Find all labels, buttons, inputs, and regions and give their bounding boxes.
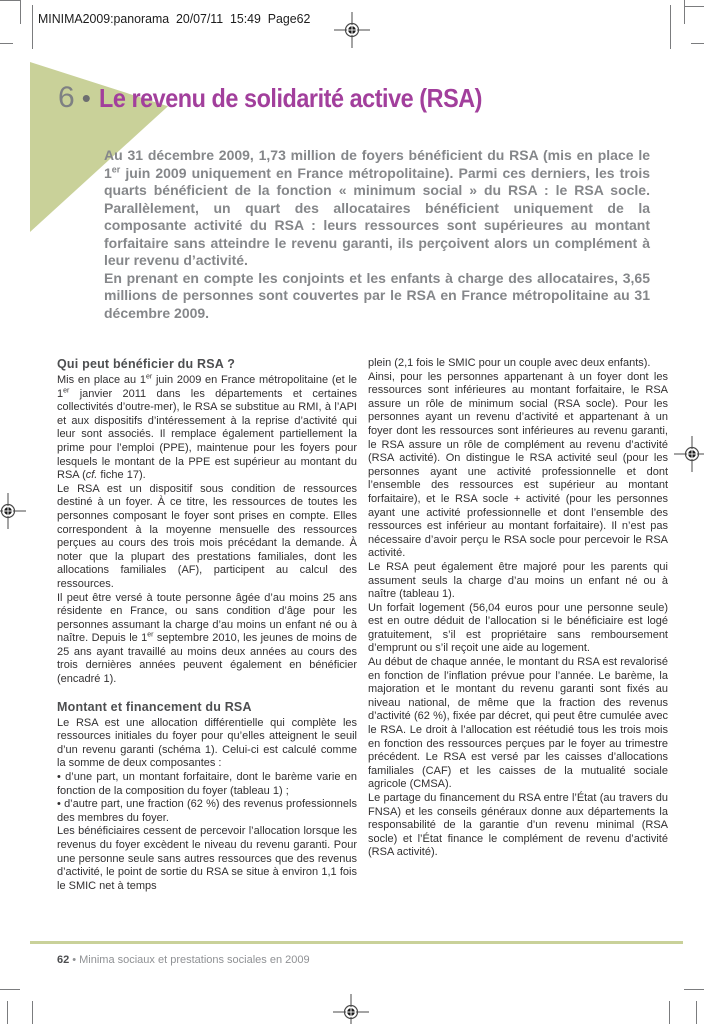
body-paragraph: Le RSA peut également être majoré pour l… [368, 561, 668, 602]
body-paragraph: plein (2,1 fois le SMIC pour un couple a… [368, 357, 668, 371]
intro-paragraph: En prenant en compte les conjoints et le… [104, 270, 650, 323]
printed-page: MINIMA2009:panorama 20/07/11 15:49 Page6… [0, 0, 704, 1024]
crop-mark-bottom-right-v [696, 1001, 697, 1024]
title-bullet-icon: • [82, 85, 91, 111]
crop-mark-bottom-left-v [7, 1001, 8, 1024]
crop-mark-top-right-trim [670, 5, 671, 49]
body-paragraph: Les bénéficiaires cessent de percevoir l… [57, 825, 357, 893]
intro-paragraph: Au 31 décembre 2009, 1,73 million de foy… [104, 147, 650, 270]
body-paragraph: Ainsi, pour les personnes appartenant à … [368, 371, 668, 561]
body-paragraph: Il peut être versé à toute personne âgée… [57, 592, 357, 687]
crop-mark-top-right-h [684, 6, 704, 7]
bullet-item: • d’autre part, une fraction (62 %) des … [57, 798, 357, 825]
footer-rule [30, 941, 683, 944]
crop-mark-bottom-right-trim [669, 1001, 670, 1024]
crop-mark-bottom-left-h [0, 989, 20, 990]
section-heading: Qui peut bénéficier du RSA ? [57, 357, 357, 371]
footer-page-number: 62 [57, 954, 69, 966]
body-columns: Qui peut bénéficier du RSA ? Mis en plac… [57, 357, 668, 893]
crop-mark-top-left-v [20, 0, 21, 24]
body-paragraph: Le RSA est un dispositif sous condition … [57, 483, 357, 592]
footer-book-title: Minima sociaux et prestations sociales e… [79, 954, 310, 966]
registration-mark-bottom [333, 994, 369, 1024]
body-paragraph: Le partage du financement du RSA entre l… [368, 792, 668, 860]
crop-mark-top-left-trim [32, 5, 33, 49]
crop-mark-top-left-tick [0, 43, 13, 44]
print-slug: MINIMA2009:panorama 20/07/11 15:49 Page6… [38, 11, 310, 26]
column-left: Qui peut bénéficier du RSA ? Mis en plac… [57, 357, 357, 893]
footer-separator-icon: • [72, 954, 76, 966]
crop-mark-bottom-left-trim [32, 1001, 33, 1024]
crop-mark-bottom-right-h [684, 989, 704, 990]
page-title: Le revenu de solidarité active (RSA) [99, 85, 482, 111]
intro-block: Au 31 décembre 2009, 1,73 million de foy… [104, 147, 650, 322]
column-right: plein (2,1 fois le SMIC pour un couple a… [368, 357, 668, 893]
crop-mark-top-right-tick [691, 43, 704, 44]
bullet-item: • d’une part, un montant forfaitaire, do… [57, 771, 357, 798]
registration-mark-left [0, 493, 26, 529]
body-paragraph: Mis en place au 1er juin 2009 en France … [57, 374, 357, 483]
chapter-title-row: 6 • Le revenu de solidarité active (RSA) [58, 83, 524, 113]
footer: 62•Minima sociaux et prestations sociale… [57, 954, 310, 966]
registration-mark-right [674, 436, 704, 472]
body-paragraph: Un forfait logement (56,04 euros pour un… [368, 602, 668, 656]
registration-mark-top [334, 12, 370, 48]
chapter-number: 6 [58, 83, 75, 113]
body-paragraph: Au début de chaque année, le montant du … [368, 656, 668, 792]
section-heading: Montant et financement du RSA [57, 700, 357, 714]
crop-mark-top-left-h [0, 0, 20, 1]
crop-mark-top-right-v [684, 0, 685, 24]
body-paragraph: Le RSA est une allocation différentielle… [57, 717, 357, 771]
